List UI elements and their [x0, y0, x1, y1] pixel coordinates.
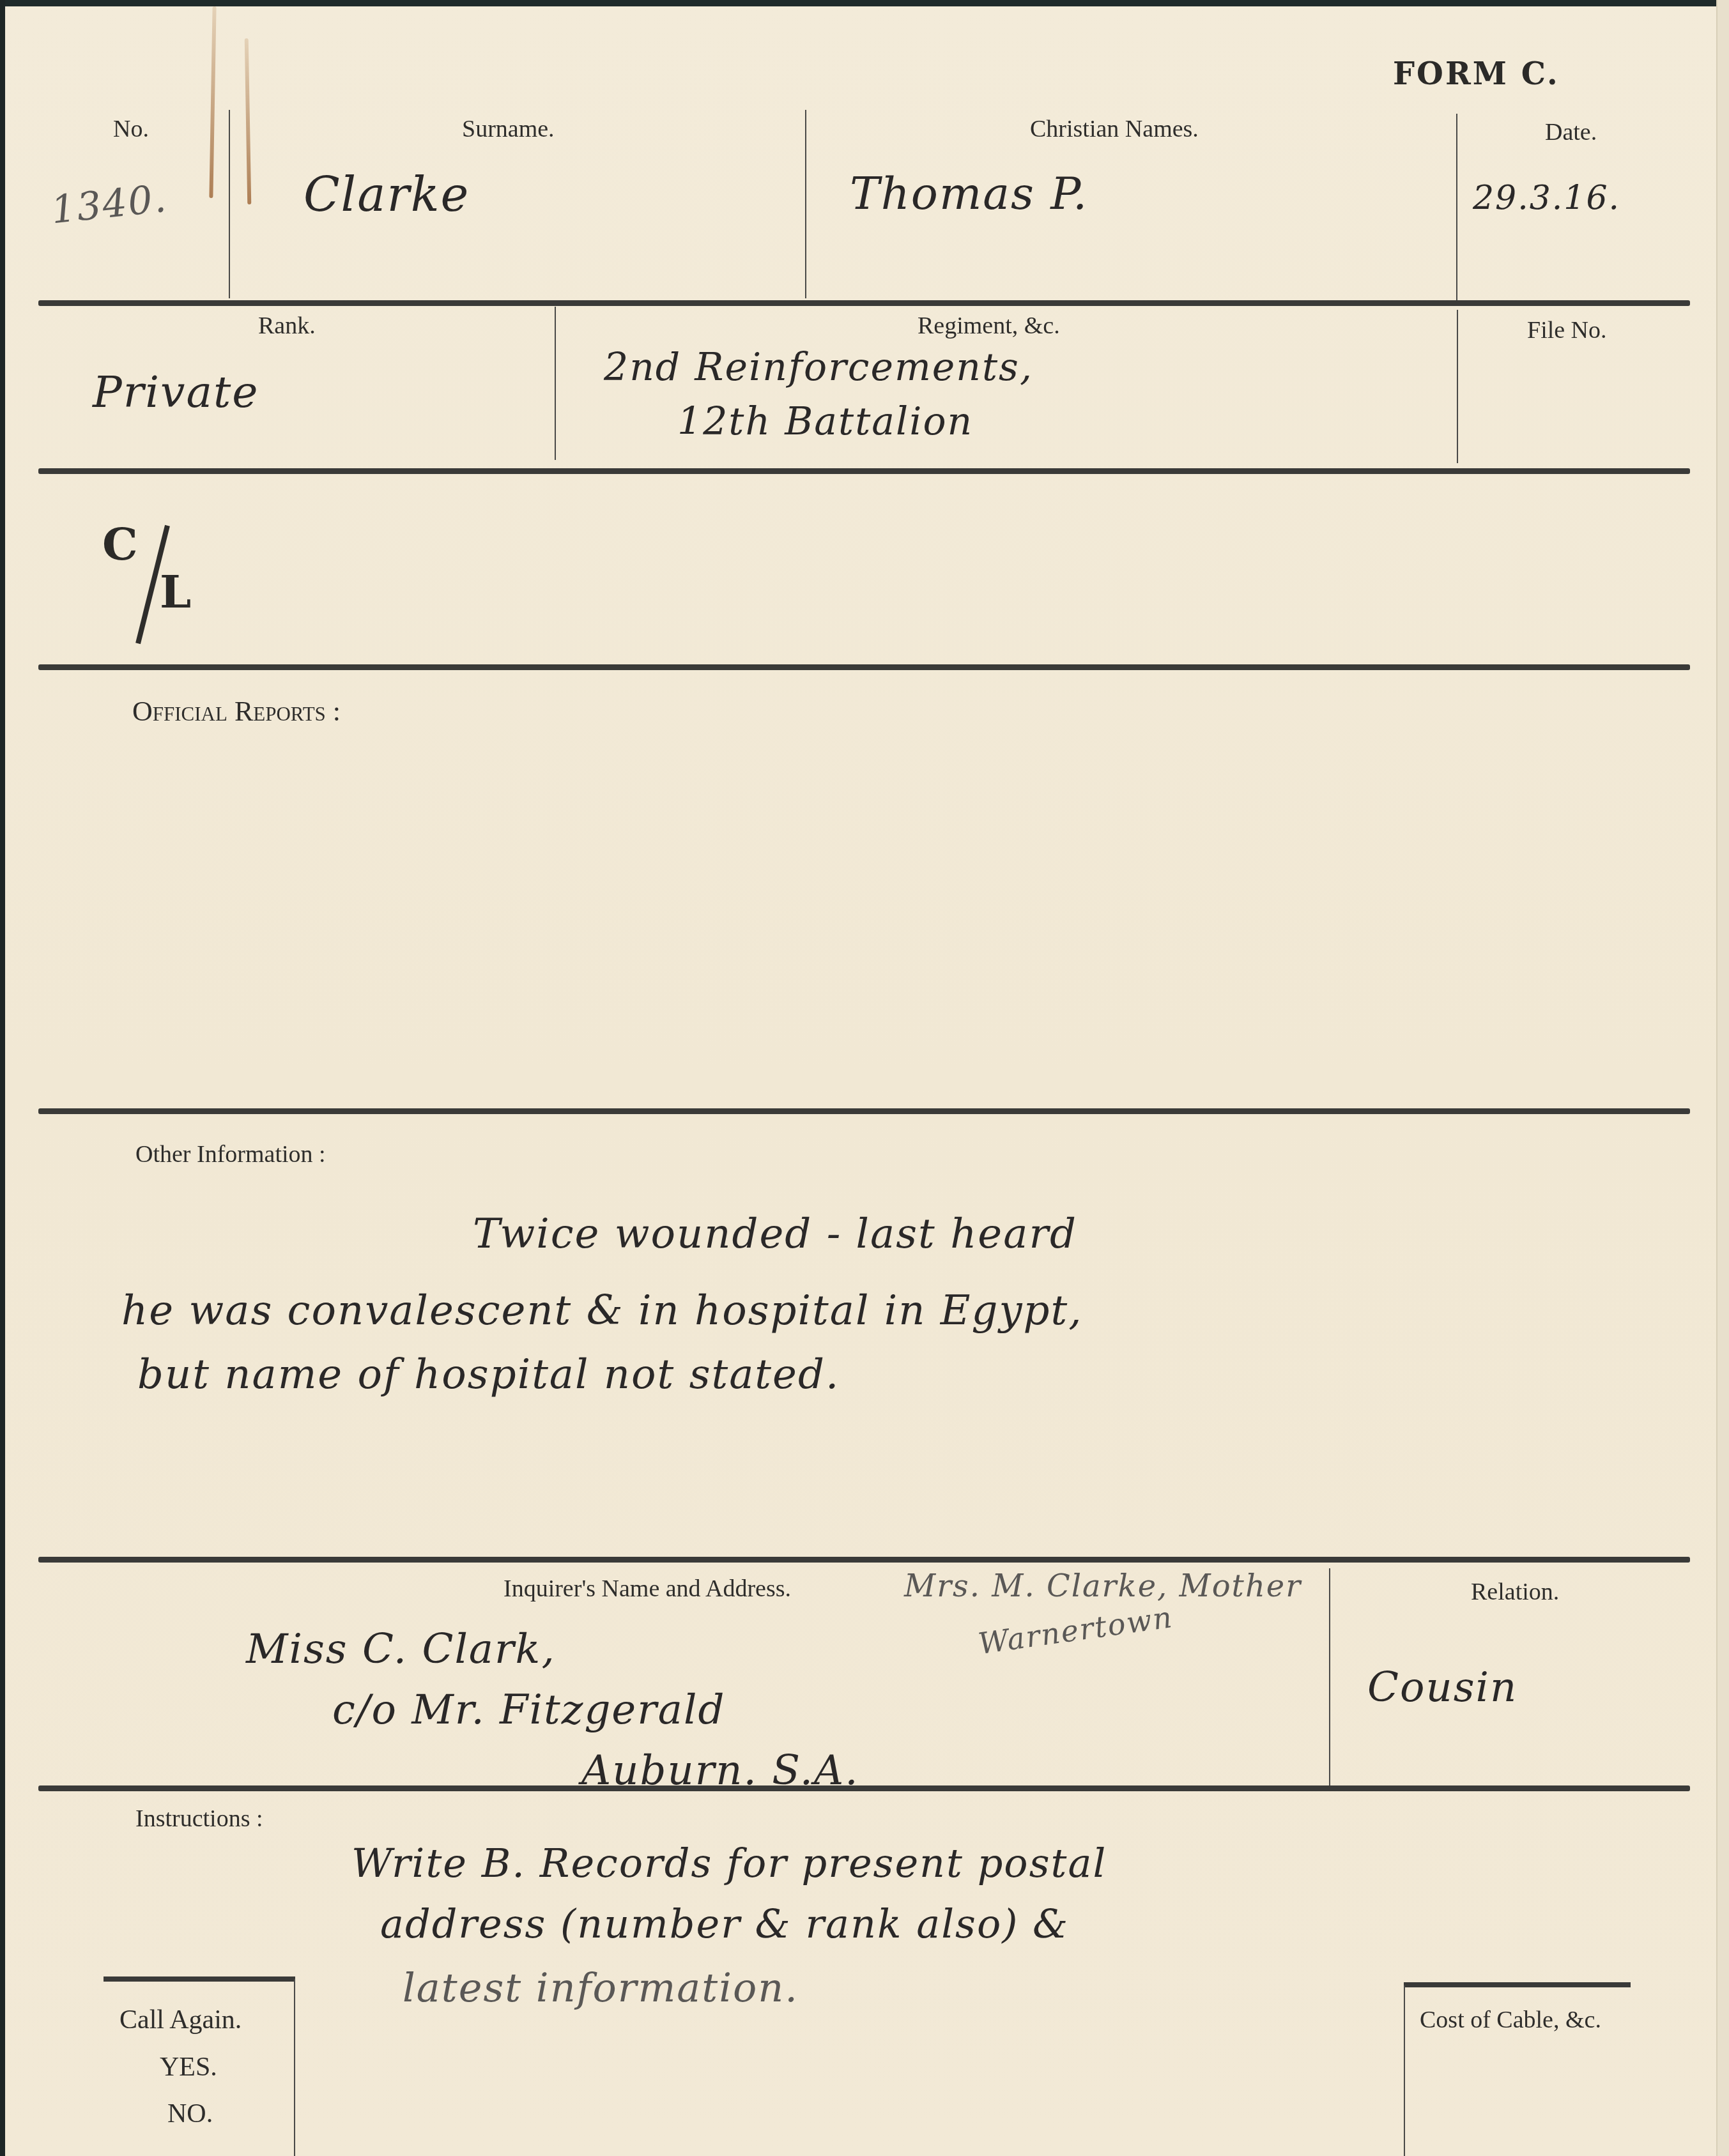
section-rule	[38, 468, 1690, 474]
regiment-value-line1[interactable]: 2nd Reinforcements,	[604, 345, 1033, 390]
date-label: Date.	[1545, 118, 1597, 146]
instructions-line[interactable]: address (number & rank also) &	[380, 1900, 1069, 1947]
other-information-line[interactable]: but name of hospital not stated.	[137, 1351, 840, 1398]
section-rule	[38, 300, 1690, 306]
surname-label: Surname.	[462, 115, 555, 143]
inquirer-label: Inquirer's Name and Address.	[503, 1575, 791, 1603]
inquirer-pencil-note[interactable]: Mrs. M. Clarke, Mother	[904, 1568, 1302, 1604]
no-label: No.	[113, 115, 149, 143]
instructions-label: Instructions :	[135, 1805, 263, 1833]
cl-mark: C L	[96, 511, 204, 620]
instructions-line[interactable]: latest information.	[403, 1964, 799, 2011]
call-again-box-side	[294, 1979, 295, 2156]
staple-stain	[245, 38, 252, 204]
column-divider	[229, 110, 230, 298]
relation-label: Relation.	[1471, 1578, 1559, 1606]
call-again-yes[interactable]: YES.	[160, 2052, 217, 2083]
cost-of-cable-label: Cost of Cable, &c.	[1420, 2006, 1601, 2034]
rank-value[interactable]: Private	[93, 367, 259, 418]
rank-label: Rank.	[258, 312, 316, 340]
paper-edge-right	[1716, 0, 1729, 2156]
section-rule	[38, 1557, 1690, 1563]
section-rule	[38, 1108, 1690, 1114]
other-information-line[interactable]: Twice wounded - last heard	[473, 1211, 1077, 1258]
file-no-label: File No.	[1527, 316, 1607, 344]
column-divider	[1329, 1568, 1330, 1785]
christian-names-value[interactable]: Thomas P.	[850, 167, 1088, 220]
cost-of-cable-box-top	[1404, 1982, 1631, 1987]
form-c-document: FORM C. No. 1340. Surname. Clarke Christ…	[0, 0, 1729, 2156]
christian-names-label: Christian Names.	[1030, 115, 1199, 143]
inquirer-pencil-town[interactable]: Warnertown	[976, 1600, 1175, 1661]
form-title: FORM C.	[1393, 56, 1560, 92]
section-rule	[38, 664, 1690, 670]
column-divider	[1456, 114, 1457, 300]
scan-edge-left	[0, 0, 5, 2156]
scan-edge-top	[0, 0, 1729, 6]
staple-stain	[209, 6, 216, 198]
call-again-box-top	[104, 1976, 295, 1982]
no-value[interactable]: 1340.	[49, 176, 169, 233]
cost-of-cable-box-side	[1404, 1985, 1405, 2156]
section-rule	[38, 1785, 1690, 1791]
call-again-no[interactable]: NO.	[167, 2099, 213, 2129]
relation-value[interactable]: Cousin	[1367, 1664, 1518, 1711]
date-value[interactable]: 29.3.16.	[1473, 179, 1620, 217]
cl-mark-l: L	[160, 565, 191, 618]
column-divider	[805, 110, 806, 298]
official-reports-label: Official Reports :	[132, 695, 341, 728]
regiment-label: Regiment, &c.	[918, 312, 1060, 340]
other-information-label: Other Information :	[135, 1140, 326, 1168]
inquirer-address-line[interactable]: c/o Mr. Fitzgerald	[332, 1686, 725, 1734]
surname-value[interactable]: Clarke	[304, 167, 470, 222]
cl-mark-c: C	[102, 517, 138, 570]
call-again-label: Call Again.	[119, 2005, 242, 2035]
column-divider	[555, 307, 556, 460]
column-divider	[1457, 310, 1458, 463]
other-information-line[interactable]: he was convalescent & in hospital in Egy…	[121, 1287, 1083, 1334]
regiment-value-line2[interactable]: 12th Battalion	[677, 399, 973, 444]
inquirer-address-line[interactable]: Miss C. Clark,	[246, 1626, 556, 1673]
instructions-line[interactable]: Write B. Records for present postal	[351, 1840, 1107, 1886]
